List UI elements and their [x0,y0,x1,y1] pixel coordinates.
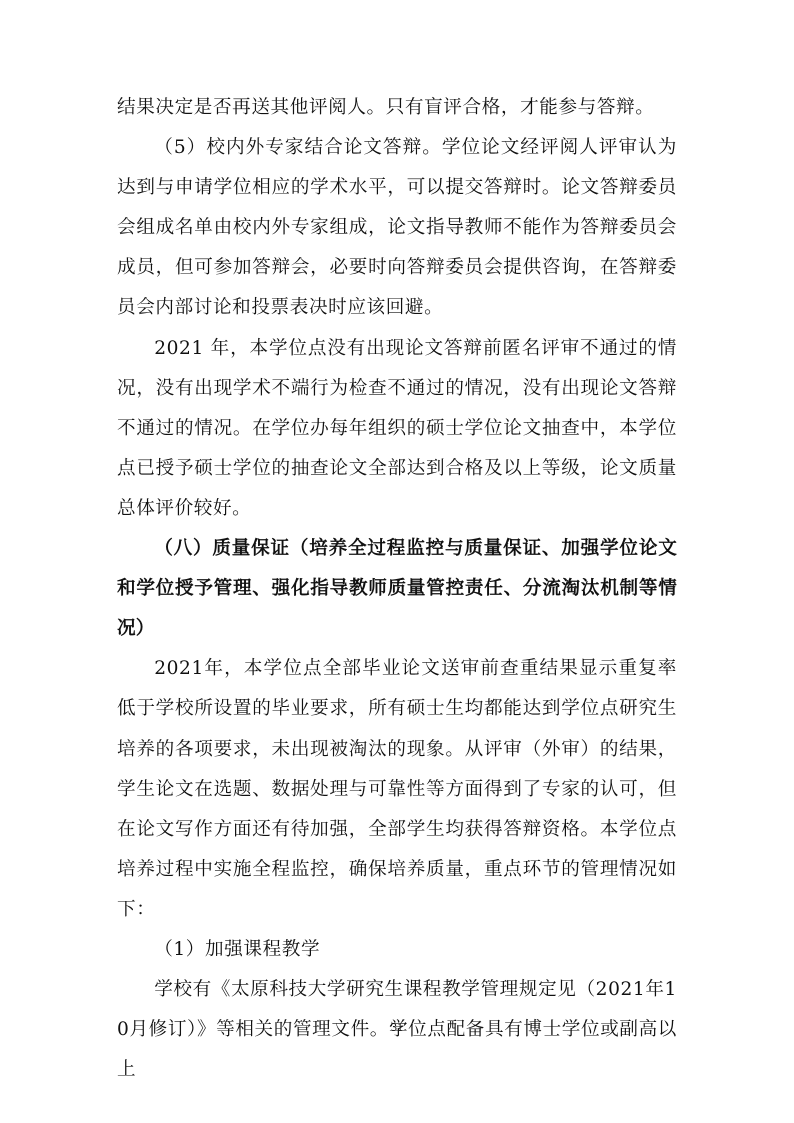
paragraph-continuation: 结果决定是否再送其他评阅人。只有盲评合格，才能参与答辩。 [117,88,677,128]
page-number: 31 [0,1020,794,1035]
paragraph-2021-results: 2021 年，本学位点没有出现论文答辩前匿名评审不通过的情况，没有出现学术不端行… [117,329,677,529]
section-heading-quality-assurance: （八）质量保证（培养全过程监控与质量保证、加强学位论文和学位授予管理、强化指导教… [117,529,677,649]
document-page: 结果决定是否再送其他评阅人。只有盲评合格，才能参与答辩。 （5）校内外专家结合论… [117,88,677,1090]
paragraph-defense-experts: （5）校内外专家结合论文答辩。学位论文经评阅人评审认为达到与申请学位相应的学术水… [117,128,677,328]
subheading-strengthen-course-teaching: （1）加强课程教学 [117,930,677,970]
paragraph-2021-plagiarism-check: 2021年，本学位点全部毕业论文送审前查重结果显示重复率低于学校所设置的毕业要求… [117,649,677,930]
